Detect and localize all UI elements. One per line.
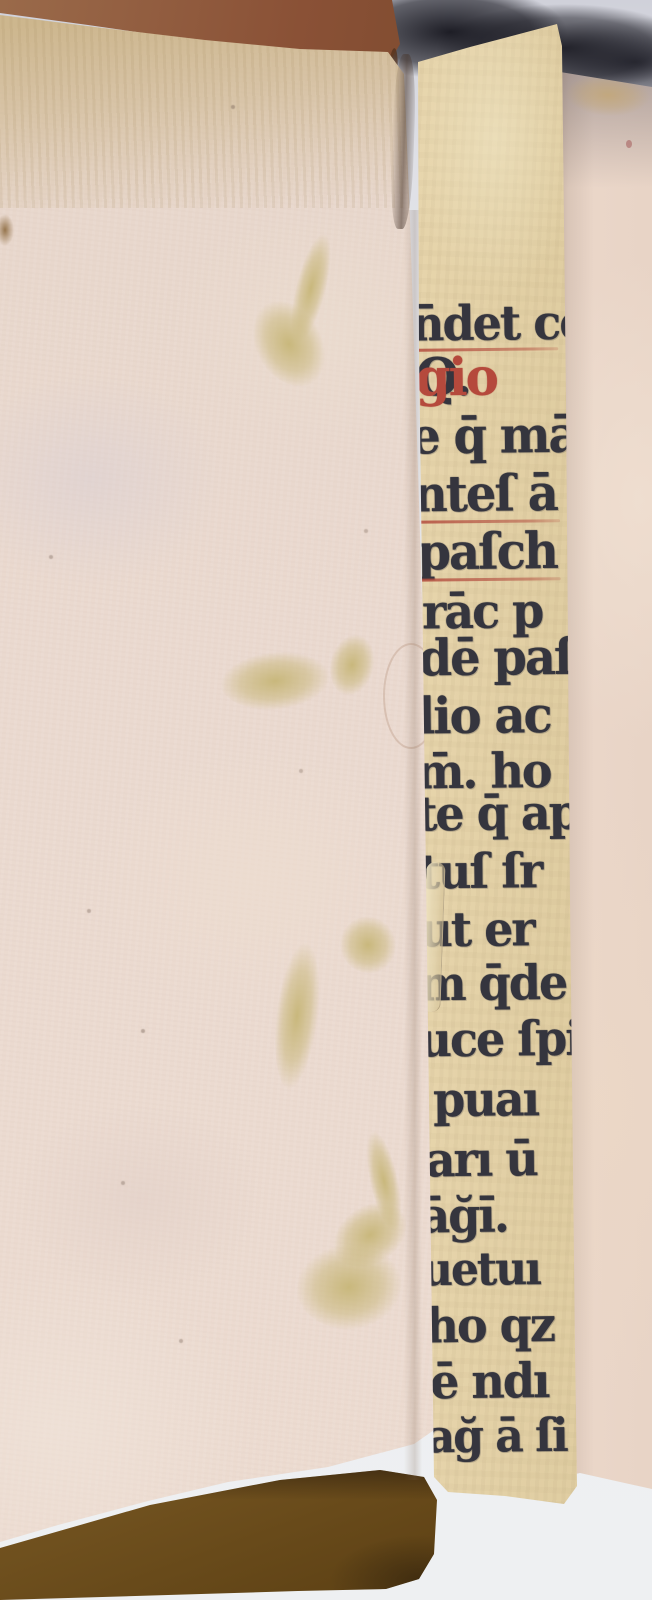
glue-residue-mark xyxy=(323,630,381,701)
ink-text: puaı xyxy=(433,1070,538,1127)
ink-text: ē ndı xyxy=(430,1352,549,1409)
manuscript-text-line: ağ ā ſi xyxy=(426,1413,567,1460)
ink-text: āğı̄. xyxy=(420,1187,508,1244)
manuscript-text-line: te q̄ ap xyxy=(416,788,579,838)
ink-text: uetuı xyxy=(421,1242,541,1296)
manuscript-text-line: puaı xyxy=(433,1075,538,1124)
glue-residue-mark xyxy=(238,288,339,400)
glue-residue-mark xyxy=(332,909,403,981)
manuscript-text-line: n̄det ce xyxy=(411,298,587,348)
manuscript-text-line: gio Q. xyxy=(415,351,470,404)
ink-text: n̄det ce xyxy=(411,294,587,352)
manuscript-text-line: nteſ ā xyxy=(413,468,558,519)
edge-stain xyxy=(0,214,14,246)
manuscript-text-line: e q̄ mā xyxy=(410,410,578,462)
ink-text: te q̄ ap xyxy=(416,784,579,842)
gutter-shadow xyxy=(404,210,422,1480)
glue-residue-mark xyxy=(267,940,327,1092)
manuscript-text-line: āğı̄. xyxy=(420,1191,508,1240)
ink-text: lio ac xyxy=(417,686,551,746)
photo-medieval-manuscript-binding: n̄det cegio Q.e q̄ mānteſ āpaſchrāc p… xyxy=(0,0,652,1600)
ink-text: ho qz xyxy=(425,1296,554,1354)
manuscript-text-line: dē paſ xyxy=(418,632,573,684)
ink-text: nteſ ā xyxy=(412,464,557,524)
rubricated-text: gio xyxy=(415,351,497,404)
manuscript-text-line: ho qz xyxy=(425,1300,554,1349)
ink-text: e q̄ mā xyxy=(410,406,578,466)
glue-residue-mark xyxy=(217,646,332,715)
manuscript-text-line: paſch xyxy=(417,526,557,577)
ink-text: arı ū xyxy=(425,1130,537,1187)
ink-text: paſch xyxy=(417,522,557,582)
manuscript-text-line: lio ac xyxy=(417,690,551,741)
ink-text: ağ ā ſi xyxy=(426,1409,567,1464)
ink-text: dē paſ xyxy=(418,628,573,688)
manuscript-text-line: uetuı xyxy=(421,1247,540,1294)
manuscript-text-line: arı ū xyxy=(426,1135,537,1184)
ink-text: uce ſpi xyxy=(418,1010,581,1068)
red-speck xyxy=(626,140,632,148)
manuscript-text-line: uce ſpi xyxy=(418,1014,581,1064)
manuscript-text-line: ē ndı xyxy=(430,1357,549,1406)
